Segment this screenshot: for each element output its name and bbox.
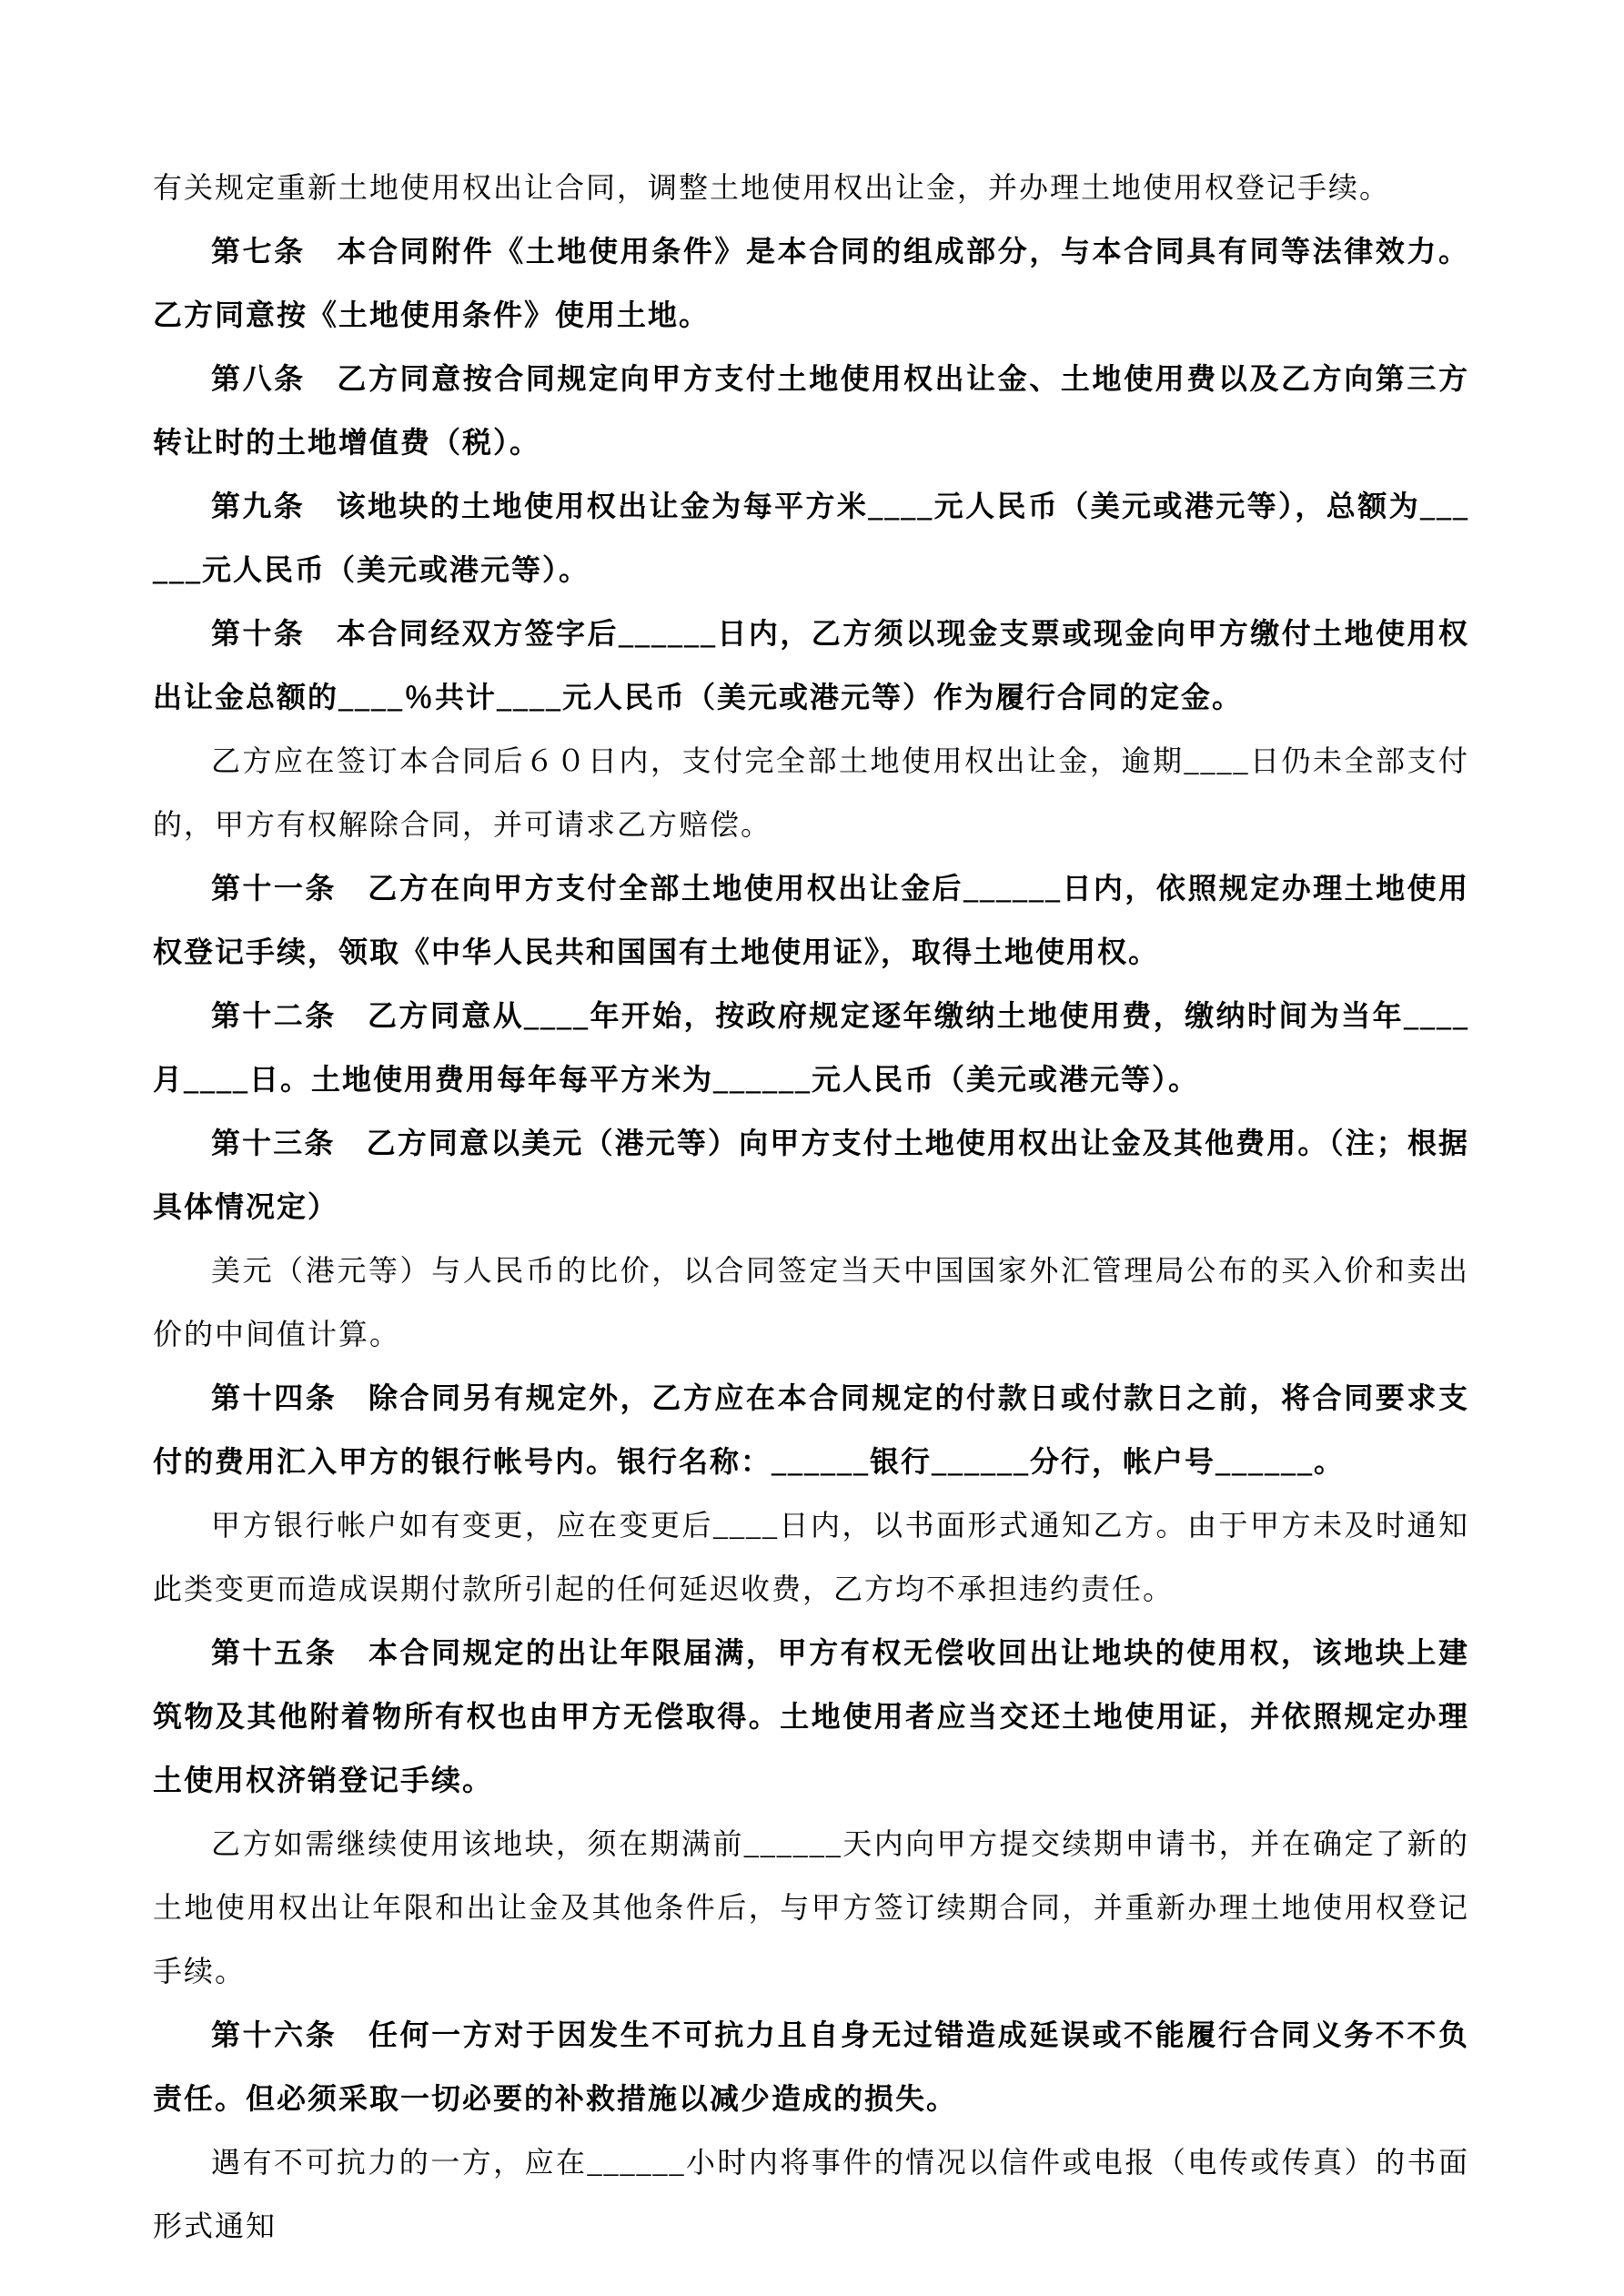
contract-paragraph: 乙方应在签订本合同后６０日内，支付完全部土地使用权出让金，逾期____日仍未全部… (153, 729, 1469, 856)
contract-paragraph: 第八条 乙方同意按合同规定向甲方支付土地使用权出让金、土地使用费以及乙方向第三方… (153, 347, 1469, 474)
contract-paragraph: 第十三条 乙方同意以美元（港元等）向甲方支付土地使用权出让金及其他费用。（注；根… (153, 1111, 1469, 1239)
contract-paragraph: 第十一条 乙方在向甲方支付全部土地使用权出让金后______日内，依照规定办理土… (153, 856, 1469, 984)
contract-paragraph: 第十五条 本合同规定的出让年限届满，甲方有权无偿收回出让地块的使用权，该地块上建… (153, 1621, 1469, 1812)
contract-paragraph: 乙方如需继续使用该地块，须在期满前______天内向甲方提交续期申请书，并在确定… (153, 1812, 1469, 2003)
contract-paragraph: 第十六条 任何一方对于因发生不可抗力且自身无过错造成延误或不能履行合同义务不不负… (153, 2003, 1469, 2130)
contract-paragraph: 第十条 本合同经双方签字后______日内，乙方须以现金支票或现金向甲方缴付土地… (153, 602, 1469, 729)
contract-paragraph: 有关规定重新土地使用权出让合同，调整土地使用权出让金，并办理土地使用权登记手续。 (153, 156, 1469, 219)
contract-paragraph: 甲方银行帐户如有变更，应在变更后____日内，以书面形式通知乙方。由于甲方未及时… (153, 1493, 1469, 1621)
contract-body: 有关规定重新土地使用权出让合同，调整土地使用权出让金，并办理土地使用权登记手续。… (153, 156, 1469, 2258)
contract-paragraph: 第十四条 除合同另有规定外，乙方应在本合同规定的付款日或付款日之前，将合同要求支… (153, 1366, 1469, 1493)
contract-paragraph: 遇有不可抗力的一方，应在______小时内将事件的情况以信件或电报（电传或传真）… (153, 2130, 1469, 2258)
contract-paragraph: 美元（港元等）与人民币的比价，以合同签定当天中国国家外汇管理局公布的买入价和卖出… (153, 1239, 1469, 1366)
contract-paragraph: 第十二条 乙方同意从____年开始，按政府规定逐年缴纳土地使用费，缴纳时间为当年… (153, 984, 1469, 1111)
contract-page: 有关规定重新土地使用权出让合同，调整土地使用权出让金，并办理土地使用权登记手续。… (0, 0, 1624, 2296)
contract-paragraph: 第七条 本合同附件《土地使用条件》是本合同的组成部分，与本合同具有同等法律效力。… (153, 219, 1469, 347)
contract-paragraph: 第九条 该地块的土地使用权出让金为每平方米____元人民币（美元或港元等），总额… (153, 474, 1469, 602)
